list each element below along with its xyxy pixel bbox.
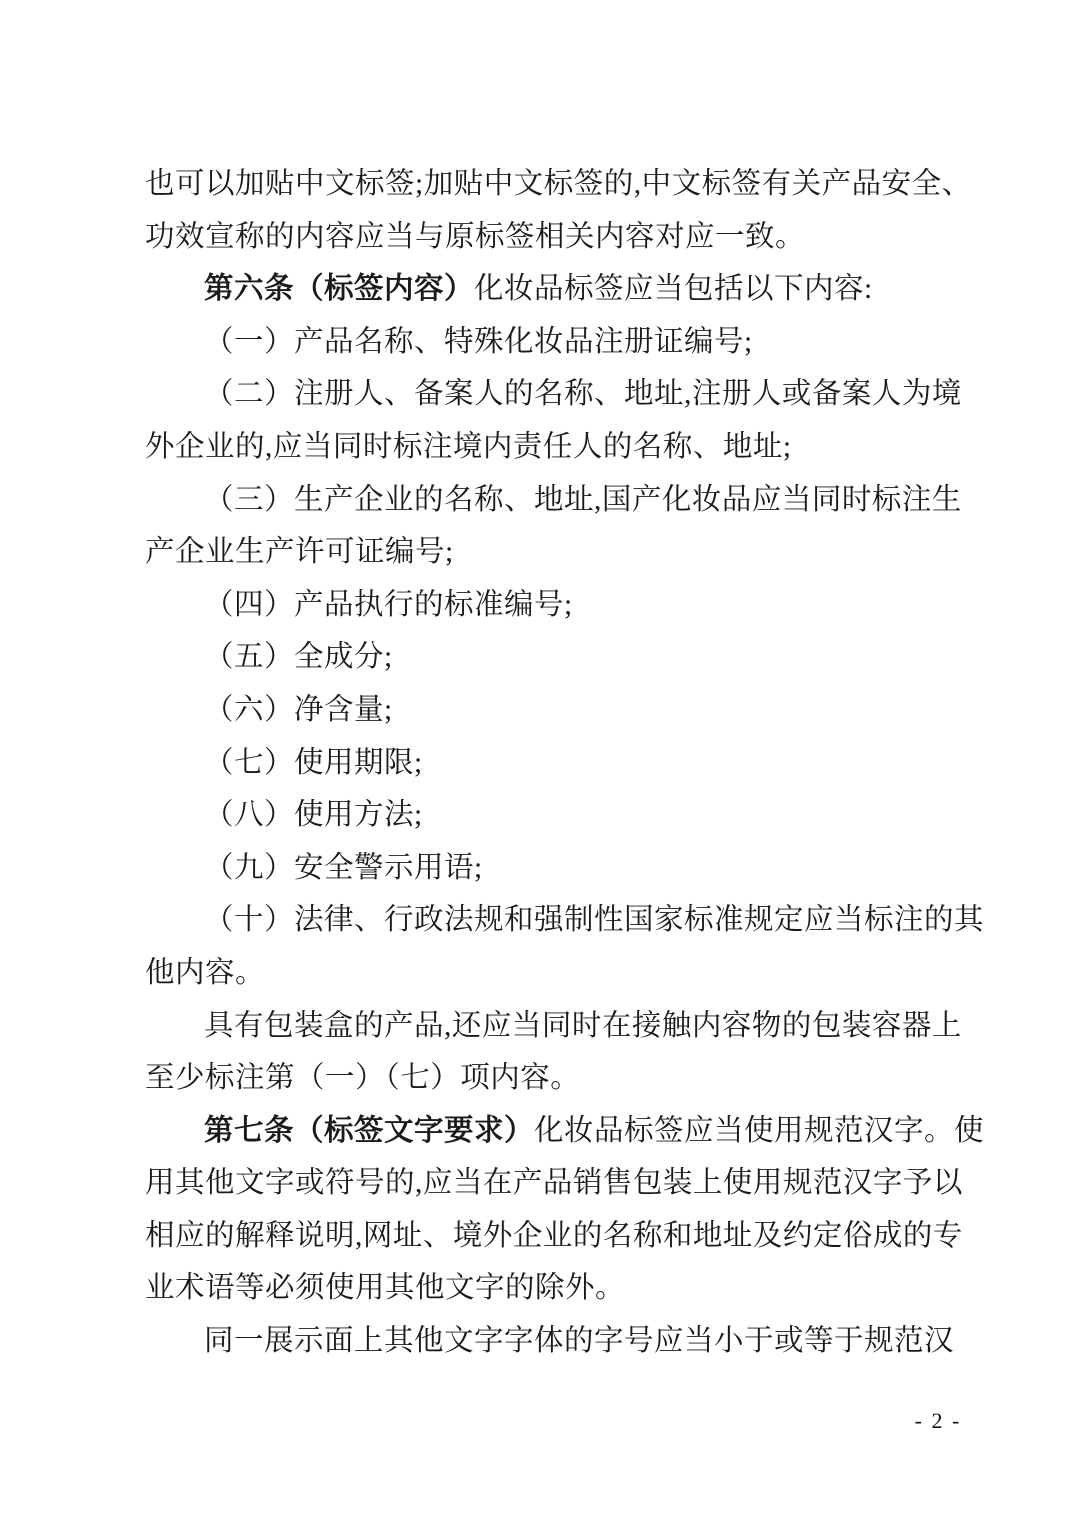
text-segment: （五）全成分; — [204, 641, 393, 673]
text-line: （九）安全警示用语; — [145, 842, 960, 895]
text-line: 业术语等必须使用其他文字的除外。 — [145, 1262, 960, 1315]
text-segment: 产企业生产许可证编号; — [145, 536, 454, 568]
text-segment: 功效宣称的内容应当与原标签相关内容对应一致。 — [145, 221, 805, 253]
text-line: （七）使用期限; — [145, 737, 960, 790]
text-segment: 化妆品标签应当使用规范汉字。使 — [534, 1115, 984, 1147]
text-line: （三）生产企业的名称、地址,国产化妆品应当同时标注生 — [145, 474, 960, 527]
text-line: 第七条（标签文字要求）化妆品标签应当使用规范汉字。使 — [145, 1105, 960, 1158]
text-segment: （七）使用期限; — [204, 747, 423, 779]
text-segment: （八）使用方法; — [204, 799, 423, 831]
text-line: 也可以加贴中文标签;加贴中文标签的,中文标签有关产品安全、 — [145, 158, 960, 211]
text-line: 至少标注第（一）（七）项内容。 — [145, 1052, 960, 1105]
text-segment: （十）法律、行政法规和强制性国家标准规定应当标注的其 — [204, 904, 984, 936]
text-segment: （六）净含量; — [204, 694, 393, 726]
document-body: 也可以加贴中文标签;加贴中文标签的,中文标签有关产品安全、功效宣称的内容应当与原… — [145, 158, 960, 1368]
text-segment: （九）安全警示用语; — [204, 852, 483, 884]
text-segment: 外企业的,应当同时标注境内责任人的名称、地址; — [145, 431, 792, 463]
text-line: （五）全成分; — [145, 631, 960, 684]
text-segment: 也可以加贴中文标签;加贴中文标签的,中文标签有关产品安全、 — [145, 168, 972, 200]
text-line: （十）法律、行政法规和强制性国家标准规定应当标注的其 — [145, 894, 960, 947]
text-line: 第六条（标签内容）化妆品标签应当包括以下内容: — [145, 263, 960, 316]
text-segment: （四）产品执行的标准编号; — [204, 589, 573, 621]
text-line: 产企业生产许可证编号; — [145, 526, 960, 579]
text-line: 他内容。 — [145, 947, 960, 1000]
text-line: （二）注册人、备案人的名称、地址,注册人或备案人为境 — [145, 368, 960, 421]
text-segment: 化妆品标签应当包括以下内容: — [474, 273, 873, 305]
text-line: （一）产品名称、特殊化妆品注册证编号; — [145, 316, 960, 369]
text-line: 用其他文字或符号的,应当在产品销售包装上使用规范汉字予以 — [145, 1157, 960, 1210]
text-line: （六）净含量; — [145, 684, 960, 737]
text-line: 相应的解释说明,网址、境外企业的名称和地址及约定俗成的专 — [145, 1210, 960, 1263]
text-segment: 相应的解释说明,网址、境外企业的名称和地址及约定俗成的专 — [145, 1220, 963, 1252]
text-segment: 至少标注第（一）（七）项内容。 — [145, 1062, 580, 1094]
text-line: 外企业的,应当同时标注境内责任人的名称、地址; — [145, 421, 960, 474]
text-line: （四）产品执行的标准编号; — [145, 579, 960, 632]
text-line: 功效宣称的内容应当与原标签相关内容对应一致。 — [145, 211, 960, 264]
text-line: 同一展示面上其他文字字体的字号应当小于或等于规范汉 — [145, 1315, 960, 1368]
article-heading: 第七条（标签文字要求） — [204, 1114, 534, 1147]
document-page: 也可以加贴中文标签;加贴中文标签的,中文标签有关产品安全、功效宣称的内容应当与原… — [0, 0, 1080, 1528]
text-segment: 同一展示面上其他文字字体的字号应当小于或等于规范汉 — [204, 1325, 954, 1357]
text-segment: 具有包装盒的产品,还应当同时在接触内容物的包装容器上 — [204, 1010, 962, 1042]
text-segment: 他内容。 — [145, 957, 265, 989]
text-segment: 业术语等必须使用其他文字的除外。 — [145, 1272, 625, 1304]
article-heading: 第六条（标签内容） — [204, 272, 474, 305]
page-number: - 2 - — [903, 1408, 973, 1434]
text-line: 具有包装盒的产品,还应当同时在接触内容物的包装容器上 — [145, 1000, 960, 1053]
text-segment: （二）注册人、备案人的名称、地址,注册人或备案人为境 — [204, 378, 962, 410]
text-line: （八）使用方法; — [145, 789, 960, 842]
text-segment: 用其他文字或符号的,应当在产品销售包装上使用规范汉字予以 — [145, 1167, 963, 1199]
text-segment: （三）生产企业的名称、地址,国产化妆品应当同时标注生 — [204, 484, 962, 516]
text-segment: （一）产品名称、特殊化妆品注册证编号; — [204, 326, 753, 358]
